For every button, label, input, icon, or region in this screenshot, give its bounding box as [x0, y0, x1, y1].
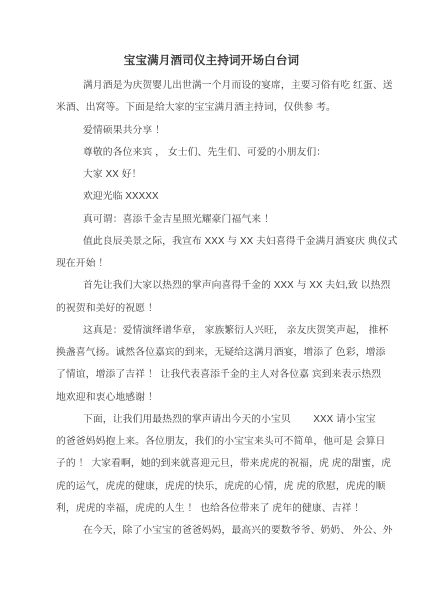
text-line: 虎的运气，虎虎的健康，虎虎的快乐，虎虎的心情，虎 虎的欣慰，虎虎的顺	[56, 476, 380, 498]
text-line: 下面，让我们用最热烈的掌声请出今天的小宝贝 XXX 请小宝宝	[56, 409, 380, 431]
text-line: 米酒、出窝等。下面是给大家的宝宝满月酒主持词，仅供参 考。	[56, 97, 380, 119]
text-line: 的祝贺和美好的祝愿 ！	[56, 298, 380, 320]
document-body: 满月酒是为庆贺婴儿出世满一个月而设的宴席，主要习俗有吃 红蛋、送 米酒、出窝等。…	[56, 75, 380, 542]
text-line: 这真是：爱情演绎谱华章， 家族繁衍人兴旺， 亲友庆贺笑声起， 推杯	[56, 320, 380, 342]
text-line: 现在开始 ！	[56, 253, 380, 275]
document-title: 宝宝满月酒司仪主持词开场白台词	[0, 52, 423, 68]
text-line: 大家 XX 好！	[56, 164, 380, 186]
text-line: 欢迎光临 XXXXX	[56, 186, 380, 208]
text-line: 值此良辰美景之际，我宣布 XXX 与 XX 夫妇喜得千金满月酒宴庆 典仪式	[56, 231, 380, 253]
text-line: 尊敬的各位来宾 ， 女士们、先生们、可爱的小朋友们：	[56, 142, 380, 164]
text-line: 爱情硕果共分享 ！	[56, 120, 380, 142]
text-line: 的爸爸妈妈抱上来。各位朋友，我们的小宝宝来头可不简单，他可是 会算日	[56, 431, 380, 453]
text-line: 换盏喜气扬。诚然各位嘉宾的到来，无疑给这满月酒宴，增添了 色彩，增添	[56, 342, 380, 364]
text-line: 真可谓：喜添千金吉星照光耀豪门福气来 ！	[56, 209, 380, 231]
text-line: 了情谊，增添了吉祥 ！ 让我代表喜添千金的主人对各位嘉 宾到来表示热烈	[56, 364, 380, 386]
document-page: 宝宝满月酒司仪主持词开场白台词 满月酒是为庆贺婴儿出世满一个月而设的宴席，主要习…	[0, 0, 423, 600]
text-line: 满月酒是为庆贺婴儿出世满一个月而设的宴席，主要习俗有吃 红蛋、送	[56, 75, 380, 97]
text-line: 子的 ！ 大家看啊，她的到来就喜迎元旦，带来虎虎的祝福，虎 虎的甜蜜，虎	[56, 453, 380, 475]
text-line: 地欢迎和衷心地感谢 ！	[56, 387, 380, 409]
text-line: 首先让我们大家以热烈的掌声向喜得千金的 XXX 与 XX 夫妇,致 以热烈	[56, 275, 380, 297]
text-line: 利，虎虎的幸福，虎虎的人生 ！ 也给各位带来了 虎年的健康、吉祥 ！	[56, 498, 380, 520]
text-line: 在今天，除了小宝宝的爸爸妈妈，最高兴的要数爷爷、奶奶、 外公、外	[56, 520, 380, 542]
